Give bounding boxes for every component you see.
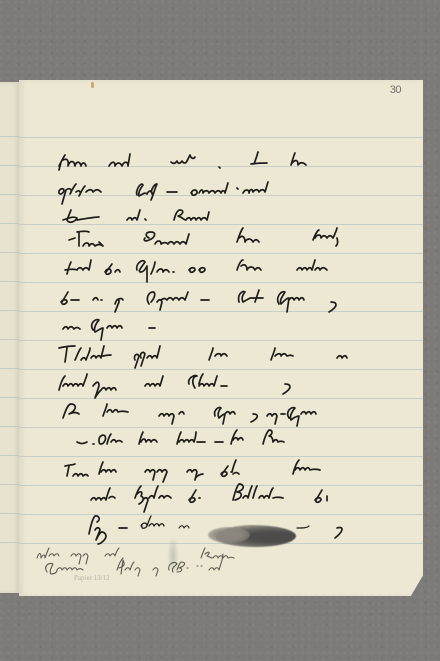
ruled-line bbox=[19, 224, 423, 225]
ruled-line bbox=[19, 282, 423, 283]
ruled-line bbox=[19, 427, 423, 428]
ruled-line bbox=[19, 398, 423, 399]
ruled-line bbox=[0, 513, 19, 514]
ruled-line bbox=[0, 484, 19, 485]
rust-spot bbox=[91, 82, 94, 88]
ruled-line bbox=[0, 194, 19, 195]
ruled-line bbox=[0, 542, 19, 543]
ruled-line bbox=[19, 485, 423, 486]
ruled-line bbox=[19, 253, 423, 254]
ruled-line bbox=[0, 165, 19, 166]
ruled-line bbox=[19, 369, 423, 370]
ruled-line bbox=[0, 455, 19, 456]
ruled-line bbox=[0, 281, 19, 282]
ruled-line bbox=[0, 397, 19, 398]
page-number: 30 bbox=[390, 84, 401, 96]
ruled-line bbox=[19, 543, 423, 544]
notebook-page: 30 Papier 13/12 bbox=[19, 80, 423, 596]
left-page-edge bbox=[0, 82, 20, 593]
ruled-line bbox=[19, 311, 423, 312]
ruled-line bbox=[0, 223, 19, 224]
ruled-line bbox=[0, 136, 19, 137]
ruled-line bbox=[0, 368, 19, 369]
ruled-line bbox=[19, 137, 423, 138]
ruled-line bbox=[19, 514, 423, 515]
ruled-line bbox=[19, 456, 423, 457]
ruled-line bbox=[19, 340, 423, 341]
ruled-line bbox=[0, 252, 19, 253]
ruled-line bbox=[19, 166, 423, 167]
ruled-line bbox=[0, 339, 19, 340]
ruled-line bbox=[0, 426, 19, 427]
ruled-line bbox=[0, 310, 19, 311]
